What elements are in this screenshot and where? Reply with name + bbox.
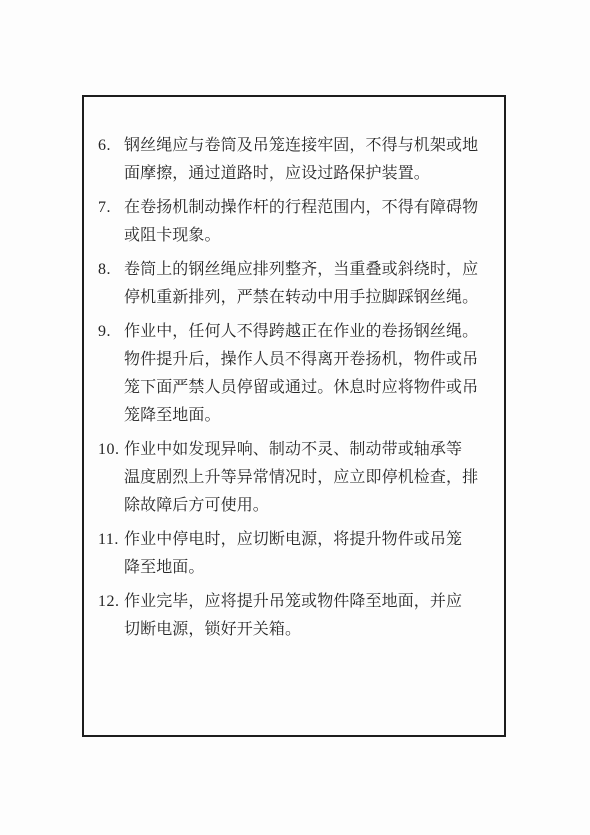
item-line: 笼下面严禁人员停留或通过。休息时应将物件或吊 [124,374,478,402]
item-number: 11. [98,526,124,554]
list-item-10: 10. 作业中如发现异响、制动不灵、制动带或轴承等 温度剧烈上升等异常情况时，应… [98,436,478,520]
item-line: 温度剧烈上升等异常情况时，应立即停机检查，排 [124,464,478,492]
item-text: 作业中，任何人不得跨越正在作业的卷扬钢丝绳。 物件提升后，操作人员不得离开卷扬机… [124,318,478,430]
item-text: 卷筒上的钢丝绳应排列整齐，当重叠或斜绕时，应 停机重新排列，严禁在转动中用手拉脚… [124,256,478,312]
item-line: 作业完毕，应将提升吊笼或物件降至地面，并应 [124,588,478,616]
item-line: 面摩擦，通过道路时，应设过路保护装置。 [124,160,478,188]
item-number: 9. [98,318,124,346]
page-border-frame: 6. 钢丝绳应与卷筒及吊笼连接牢固，不得与机架或地 面摩擦，通过道路时，应设过路… [82,95,506,737]
item-number: 10. [98,436,124,464]
list-item-8: 8. 卷筒上的钢丝绳应排列整齐，当重叠或斜绕时，应 停机重新排列，严禁在转动中用… [98,256,478,312]
item-text: 作业中如发现异响、制动不灵、制动带或轴承等 温度剧烈上升等异常情况时，应立即停机… [124,436,478,520]
item-line: 作业中，任何人不得跨越正在作业的卷扬钢丝绳。 [124,318,478,346]
item-text: 作业完毕，应将提升吊笼或物件降至地面，并应 切断电源，锁好开关箱。 [124,588,478,644]
item-line: 笼降至地面。 [124,402,478,430]
list-item-6: 6. 钢丝绳应与卷筒及吊笼连接牢固，不得与机架或地 面摩擦，通过道路时，应设过路… [98,132,478,188]
item-text: 钢丝绳应与卷筒及吊笼连接牢固，不得与机架或地 面摩擦，通过道路时，应设过路保护装… [124,132,478,188]
list-item-7: 7. 在卷扬机制动操作杆的行程范围内，不得有障碍物 或阻卡现象。 [98,194,478,250]
item-line: 物件提升后，操作人员不得离开卷扬机，物件或吊 [124,346,478,374]
item-line: 作业中如发现异响、制动不灵、制动带或轴承等 [124,436,478,464]
list-item-12: 12. 作业完毕，应将提升吊笼或物件降至地面，并应 切断电源，锁好开关箱。 [98,588,478,644]
item-line: 停机重新排列，严禁在转动中用手拉脚踩钢丝绳。 [124,284,478,312]
item-line: 除故障后方可使用。 [124,492,478,520]
item-line: 降至地面。 [124,554,478,582]
item-number: 6. [98,132,124,160]
item-line: 或阻卡现象。 [124,222,478,250]
item-number: 8. [98,256,124,284]
list-item-9: 9. 作业中，任何人不得跨越正在作业的卷扬钢丝绳。 物件提升后，操作人员不得离开… [98,318,478,430]
item-line: 切断电源，锁好开关箱。 [124,616,478,644]
item-line: 钢丝绳应与卷筒及吊笼连接牢固，不得与机架或地 [124,132,478,160]
item-text: 作业中停电时，应切断电源，将提升物件或吊笼 降至地面。 [124,526,478,582]
item-line: 卷筒上的钢丝绳应排列整齐，当重叠或斜绕时，应 [124,256,478,284]
document-body: 6. 钢丝绳应与卷筒及吊笼连接牢固，不得与机架或地 面摩擦，通过道路时，应设过路… [84,97,504,650]
list-item-11: 11. 作业中停电时，应切断电源，将提升物件或吊笼 降至地面。 [98,526,478,582]
item-number: 12. [98,588,124,616]
item-text: 在卷扬机制动操作杆的行程范围内，不得有障碍物 或阻卡现象。 [124,194,478,250]
item-line: 作业中停电时，应切断电源，将提升物件或吊笼 [124,526,478,554]
item-number: 7. [98,194,124,222]
item-line: 在卷扬机制动操作杆的行程范围内，不得有障碍物 [124,194,478,222]
